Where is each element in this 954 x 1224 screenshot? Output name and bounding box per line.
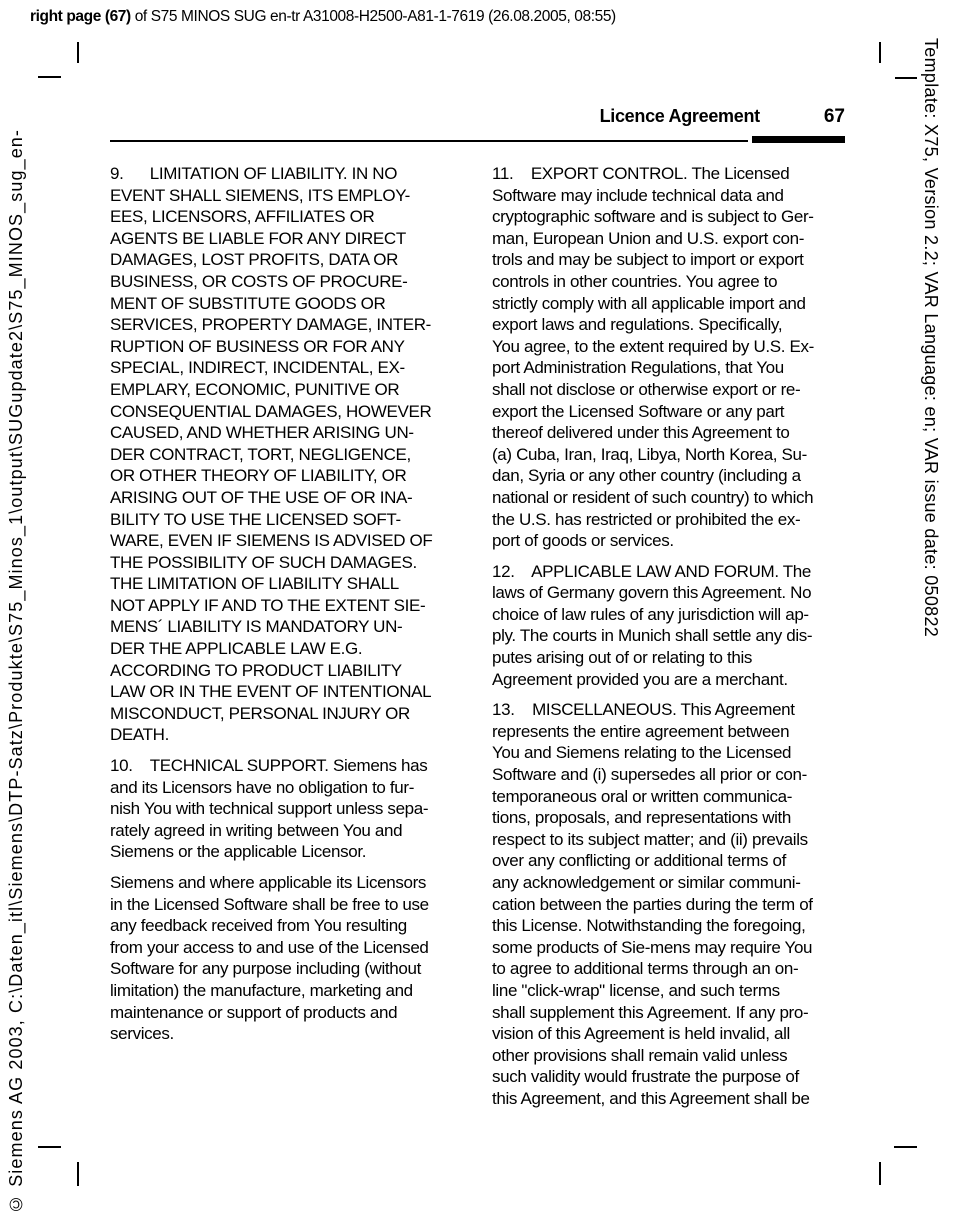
- crop-mark-top-right-horizontal: [895, 77, 917, 79]
- print-info-page-label: right page (67): [30, 8, 131, 25]
- crop-mark-bottom-right-horizontal: [894, 1146, 917, 1148]
- right-column: 11. EXPORT CONTROL. The Licensed Softwar…: [492, 163, 850, 1119]
- left-margin-copyright-path-text: © Siemens AG 2003, C:\Daten_itl\Siemens\…: [6, 82, 27, 1214]
- section-13-miscellaneous: 13. MISCELLANEOUS. This Agreement repres…: [492, 699, 850, 1109]
- crop-mark-bottom-left-horizontal: [38, 1146, 61, 1148]
- print-info-details: of S75 MINOS SUG en-tr A31008-H2500-A81-…: [131, 8, 616, 25]
- print-info-header: right page (67) of S75 MINOS SUG en-tr A…: [30, 8, 616, 26]
- left-column: 9. LIMITATION OF LIABILITY. IN NO EVENT …: [110, 163, 468, 1054]
- section-11-export-control: 11. EXPORT CONTROL. The Licensed Softwar…: [492, 163, 850, 552]
- crop-mark-bottom-right-vertical: [879, 1162, 881, 1185]
- section-12-applicable-law-and-forum: 12. APPLICABLE LAW AND FORUM. The laws o…: [492, 561, 850, 691]
- crop-mark-top-left-horizontal: [38, 76, 61, 78]
- page-title: Licence Agreement: [600, 106, 760, 127]
- crop-mark-top-left-vertical: [77, 42, 79, 63]
- right-margin-template-info-text: Template: X75, Version 2.2; VAR Language…: [920, 38, 941, 718]
- section-10-feedback-paragraph: Siemens and where applicable its Licenso…: [110, 872, 468, 1045]
- crop-mark-bottom-left-vertical: [77, 1162, 79, 1186]
- crop-mark-top-right-vertical: [879, 42, 881, 63]
- page-number-bar: [752, 136, 845, 143]
- page-number: 67: [824, 106, 845, 128]
- section-10-technical-support: 10. TECHNICAL SUPPORT. Siemens has and i…: [110, 755, 468, 863]
- document-page: right page (67) of S75 MINOS SUG en-tr A…: [0, 0, 954, 1224]
- section-9-limitation-of-liability: 9. LIMITATION OF LIABILITY. IN NO EVENT …: [110, 163, 468, 746]
- header-rule: [110, 140, 748, 142]
- section-header: Licence Agreement 67: [110, 106, 845, 128]
